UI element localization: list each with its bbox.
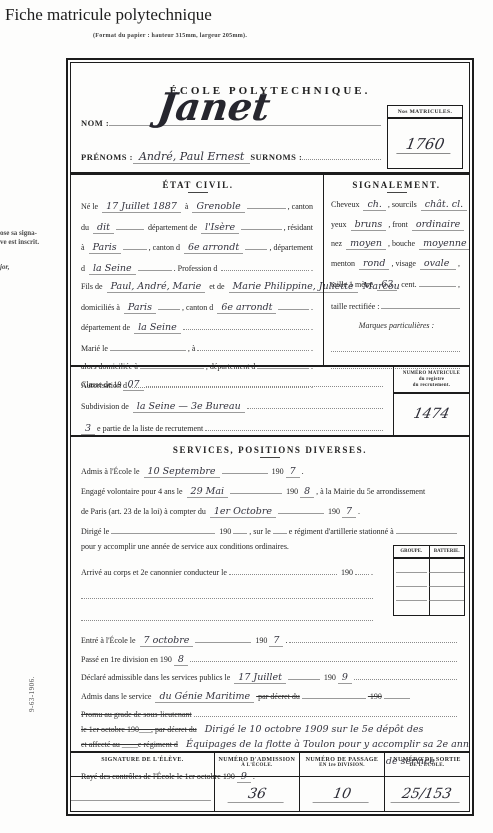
handwritten-text: rond bbox=[359, 258, 389, 270]
empty-cell bbox=[396, 559, 427, 573]
printed-text: Né le bbox=[81, 202, 100, 211]
printed-text: à bbox=[81, 243, 87, 252]
matricules-box: Nos MATRICULES. 1760 bbox=[387, 105, 463, 169]
handwritten-text: Paris bbox=[124, 302, 156, 314]
handwritten-text: 63 bbox=[377, 279, 397, 291]
printed-text: . bbox=[358, 507, 360, 516]
handwritten-text: moyen bbox=[346, 238, 386, 250]
blank-rule bbox=[331, 342, 460, 352]
empty-cell bbox=[396, 573, 427, 587]
printer-reference-vertical: 9-63-1906. bbox=[28, 676, 36, 712]
blank-rule bbox=[110, 341, 186, 351]
form-card: ÉCOLE POLYTECHNIQUE. NOM : Janet PRÉNOMS… bbox=[66, 58, 474, 816]
handwritten-text: 17 Juillet bbox=[234, 672, 286, 684]
printed-text: e régiment d'artillerie stationné à bbox=[289, 527, 394, 536]
form-line: Classe de 1907 bbox=[81, 377, 385, 391]
blank-rule bbox=[230, 484, 282, 494]
handwritten-text: ordinaire bbox=[412, 219, 464, 231]
handwritten-text: la Seine — 3e Bureau bbox=[133, 401, 245, 413]
printed-text: 190 bbox=[339, 568, 353, 577]
blank-rule bbox=[289, 633, 457, 643]
printed-text: 190 bbox=[270, 467, 284, 476]
handwritten-text: Dirigé le 10 octobre 1909 sur le 5e dépô… bbox=[199, 724, 424, 735]
passage-number: 10 bbox=[312, 786, 371, 803]
nom-handwritten-value: Janet bbox=[155, 84, 273, 129]
prenoms-handwritten-value: André, Paul Ernest bbox=[133, 150, 250, 164]
handwritten-text: 07 bbox=[123, 379, 143, 391]
surnoms-blank-line bbox=[302, 149, 381, 160]
groupe-batterie-header: GROUPE. BATTERIE. bbox=[394, 546, 464, 559]
printed-text: Admis à l'École le bbox=[81, 467, 142, 476]
printed-text: taille 1 mètre bbox=[331, 280, 375, 289]
form-line: Né le 17 Juillet 1887 à Grenoble, canton bbox=[81, 199, 315, 213]
empty-cell bbox=[429, 559, 465, 573]
printed-text: . bbox=[311, 303, 313, 312]
form-line: de service bbox=[81, 755, 459, 767]
etat-civil-title: ÉTAT CIVIL. bbox=[81, 180, 315, 190]
printed-text: d bbox=[81, 264, 87, 273]
printed-text: et de bbox=[207, 282, 226, 291]
printed-text: 190 bbox=[322, 673, 336, 682]
blank-rule bbox=[419, 277, 456, 287]
form-line bbox=[331, 342, 462, 352]
groupe-batterie-table: GROUPE. BATTERIE. bbox=[393, 545, 465, 616]
printed-text: taille rectifiée : bbox=[331, 302, 379, 311]
blank-rule bbox=[81, 611, 373, 621]
form-line: 3e partie de la liste de recrutement bbox=[81, 421, 385, 435]
matricules-value: 1760 bbox=[388, 135, 462, 154]
printed-text: , à bbox=[188, 344, 196, 353]
form-line: nez moyen, bouche moyenne bbox=[331, 238, 462, 250]
handwritten-text: 1er Octobre bbox=[210, 506, 276, 518]
handwritten-text: 9 bbox=[338, 672, 352, 684]
blank-rule bbox=[123, 240, 147, 250]
printed-text: Entré à l'École le bbox=[81, 636, 138, 645]
printed-text: . bbox=[311, 264, 313, 273]
prenoms-label: PRÉNOMS : bbox=[81, 152, 133, 162]
handwritten-text: dit bbox=[93, 222, 114, 234]
handwritten-text: 7 bbox=[342, 506, 356, 518]
table-row bbox=[394, 559, 464, 573]
printed-text: . Profession d bbox=[174, 264, 220, 273]
recruitment-box-label: NUMÉRO MATRICULE du registre du recrutem… bbox=[394, 367, 469, 394]
printed-text: Fils de bbox=[81, 282, 105, 291]
classe-lines: Classe de 1907 Subdivision de la Seine —… bbox=[71, 367, 393, 435]
signalement-column: SIGNALEMENT. Cheveux ch., sourcils chât.… bbox=[323, 175, 469, 365]
title-dash bbox=[260, 457, 280, 458]
printed-text: à bbox=[183, 202, 191, 211]
form-line: département de la Seine. bbox=[81, 320, 315, 334]
table-row bbox=[394, 573, 464, 587]
services-lines: Admis à l'École le 10 Septembre 1907. En… bbox=[81, 464, 459, 551]
margin-note-clipped-2: jor, bbox=[0, 263, 56, 272]
spacer bbox=[437, 755, 457, 764]
sortie-number: 25/153 bbox=[391, 786, 463, 803]
form-line: Admis dans le service du Génie Maritime … bbox=[81, 689, 459, 703]
printed-text: . bbox=[253, 772, 255, 781]
handwritten-text: 9 bbox=[237, 771, 251, 783]
form-line: taille 1 mètre 63 cent., bbox=[331, 277, 462, 291]
handwritten-text: 29 Mai bbox=[187, 486, 229, 498]
printed-text: , sur le bbox=[249, 527, 271, 536]
form-line bbox=[81, 611, 375, 621]
printed-text: , canton d bbox=[182, 303, 215, 312]
form-line: Passé en 1re division en 1908 bbox=[81, 652, 459, 666]
empty-cell bbox=[429, 587, 465, 601]
handwritten-text: 8 bbox=[300, 486, 314, 498]
services-title: SERVICES, POSITIONS DIVERSES. bbox=[81, 445, 459, 455]
handwritten-text: Grenoble bbox=[192, 201, 244, 213]
marques-particulieres-label: Marques particulières : bbox=[331, 321, 462, 330]
handwritten-text: 7 bbox=[286, 466, 300, 478]
margin-note-line1: ose sa signa- bbox=[0, 229, 56, 238]
handwritten-text: ch. bbox=[363, 199, 385, 211]
form-line: Fils de Paul, André, Marie et de Marie P… bbox=[81, 281, 315, 293]
blank-rule bbox=[247, 399, 383, 409]
blank-rule bbox=[205, 421, 383, 431]
printed-text: Passé en 1re division en 190 bbox=[81, 655, 172, 664]
printed-text: Subdivision de bbox=[81, 402, 131, 411]
form-line: Engagé volontaire pour 4 ans le 29 Mai 1… bbox=[81, 484, 459, 498]
blank-rule bbox=[233, 524, 247, 534]
form-line: taille rectifiée : bbox=[331, 299, 462, 311]
struck-printed-text: et affecté au ____e régiment d bbox=[81, 740, 178, 749]
prenoms-row: PRÉNOMS : André, Paul Ernest SURNOMS : bbox=[81, 149, 381, 164]
printed-text: du bbox=[81, 223, 91, 232]
signature-blank bbox=[71, 788, 213, 801]
printed-text: , bbox=[458, 280, 460, 289]
blank-rule bbox=[381, 299, 460, 309]
handwritten-text: ovale bbox=[420, 258, 456, 270]
blank-rule bbox=[138, 261, 172, 271]
printed-text: . bbox=[285, 636, 287, 645]
nom-rule-line: Janet bbox=[109, 115, 381, 126]
printed-text: . bbox=[371, 568, 373, 577]
blank-rule bbox=[190, 652, 457, 662]
printed-text: 190 bbox=[284, 487, 298, 496]
blank-rule bbox=[396, 524, 457, 534]
title-dash bbox=[387, 192, 407, 193]
services-section: SERVICES, POSITIONS DIVERSES. Admis à l'… bbox=[71, 437, 469, 751]
form-line: Cheveux ch., sourcils chât. cl. bbox=[331, 199, 462, 211]
blank-rule bbox=[278, 300, 309, 310]
handwritten-text: bruns bbox=[351, 219, 387, 231]
printed-text: Arrivé au corps et 2e canonnier conducte… bbox=[81, 568, 227, 577]
struck-printed-text: par décret du bbox=[256, 692, 300, 701]
form-line: Marié le, à. bbox=[81, 341, 315, 353]
classe-section: Classe de 1907 Subdivision de la Seine —… bbox=[71, 367, 469, 437]
form-line: et affecté au ____e régiment d Équipages… bbox=[81, 739, 459, 750]
form-line: Dirigé le 190, sur lee régiment d'artill… bbox=[81, 524, 459, 536]
table-row bbox=[394, 587, 464, 601]
printed-text: . bbox=[311, 323, 313, 332]
printed-text: cent. bbox=[399, 280, 416, 289]
handwritten-text: chât. cl. bbox=[421, 199, 467, 211]
handwritten-text: 10 Septembre bbox=[144, 466, 220, 478]
form-line: de Paris (art. 23 de la loi) à compter d… bbox=[81, 504, 459, 518]
form-line: Rayé des contrôles de l'École le 1er oct… bbox=[81, 771, 459, 783]
form-line: Déclaré admissible dans les services pub… bbox=[81, 670, 459, 684]
form-card-inner: ÉCOLE POLYTECHNIQUE. NOM : Janet PRÉNOMS… bbox=[70, 62, 470, 812]
signalement-title: SIGNALEMENT. bbox=[331, 180, 462, 190]
ecole-entry-lines: Entré à l'École le 7 octobre 1907. Passé… bbox=[81, 633, 459, 783]
struck-printed-text: 190 bbox=[368, 692, 382, 701]
printed-text: département de bbox=[81, 323, 132, 332]
printed-text: Rayé des contrôles de l'École le 1er oct… bbox=[81, 772, 235, 781]
printed-text: pour y accomplir une année de service au… bbox=[81, 542, 289, 551]
empty-cell bbox=[396, 587, 427, 601]
handwritten-text: 3 bbox=[81, 423, 95, 435]
admission-number: 36 bbox=[227, 786, 286, 803]
handwritten-text: moyenne bbox=[419, 238, 470, 250]
blank-rule bbox=[111, 524, 215, 534]
form-line: Entré à l'École le 7 octobre 1907. bbox=[81, 633, 459, 647]
handwritten-text: 8 bbox=[174, 654, 188, 666]
header-section: ÉCOLE POLYTECHNIQUE. NOM : Janet PRÉNOMS… bbox=[71, 63, 469, 175]
empty-cell bbox=[429, 573, 465, 587]
printed-text: département de bbox=[146, 223, 199, 232]
handwritten-text: 17 Juillet 1887 bbox=[102, 201, 181, 213]
printed-text: , visage bbox=[391, 259, 417, 268]
blank-rule bbox=[278, 504, 324, 514]
blank-rule bbox=[229, 565, 337, 575]
blank-rule bbox=[288, 670, 320, 680]
empty-cell bbox=[429, 601, 465, 615]
form-line: yeux bruns, front ordinaire bbox=[331, 219, 462, 231]
blank-rule bbox=[241, 220, 282, 230]
blank-rule bbox=[195, 633, 251, 643]
printed-text: 190 bbox=[326, 507, 340, 516]
form-line: Admis à l'École le 10 Septembre 1907. bbox=[81, 464, 459, 478]
form-line: du dit département de l'Isère, résidant bbox=[81, 220, 315, 234]
scanned-fiche-page: Fiche matricule polytechnique (Format du… bbox=[0, 0, 493, 833]
handwritten-text: 7 bbox=[269, 635, 283, 647]
blank-rule bbox=[194, 707, 457, 717]
blank-rule bbox=[302, 689, 366, 699]
blank-rule bbox=[183, 320, 309, 330]
printed-text: Engagé volontaire pour 4 ans le bbox=[81, 487, 185, 496]
nom-row: NOM : Janet bbox=[81, 115, 381, 128]
form-line: Arrivé au corps et 2e canonnier conducte… bbox=[81, 565, 375, 577]
recruitment-matricule-box: NUMÉRO MATRICULE du registre du recrutem… bbox=[393, 367, 469, 435]
printed-text: menton bbox=[331, 259, 357, 268]
printed-text: , canton bbox=[288, 202, 313, 211]
form-line: d la Seine. Profession d . bbox=[81, 261, 315, 275]
blank-rule bbox=[354, 670, 457, 680]
recruitment-matricule-value: 1474 bbox=[392, 406, 470, 422]
printed-text: domiciliés à bbox=[81, 303, 122, 312]
form-line: Promu au grade de sous-lieutenant bbox=[81, 707, 459, 719]
printed-text: , canton d bbox=[149, 243, 182, 252]
margin-note-line2: ve est inscrit. bbox=[0, 238, 56, 247]
printed-text: , à la Mairie du 5e arrondissement bbox=[316, 487, 425, 496]
table-row bbox=[394, 601, 464, 615]
surnoms-label: SURNOMS : bbox=[250, 152, 302, 162]
handwritten-text: Paul, André, Marie bbox=[107, 281, 206, 293]
nom-label: NOM : bbox=[81, 118, 109, 128]
handwritten-text: Paris bbox=[89, 242, 121, 254]
handwritten-text: la Seine bbox=[134, 322, 181, 334]
printed-text: , sourcils bbox=[388, 200, 419, 209]
matricules-box-label: Nos MATRICULES. bbox=[388, 106, 462, 119]
printed-text: yeux bbox=[331, 220, 349, 229]
title-dash bbox=[188, 192, 208, 193]
etat-civil-column: ÉTAT CIVIL. Né le 17 Juillet 1887 à Gren… bbox=[71, 175, 323, 365]
blank-rule bbox=[247, 199, 286, 209]
printed-text: 190 bbox=[217, 527, 231, 536]
printed-text: e partie de la liste de recrutement bbox=[97, 424, 203, 433]
blank-rule bbox=[197, 341, 309, 351]
empty-cell bbox=[396, 601, 427, 615]
form-line: le 1er octobre 190___, par décret du Dir… bbox=[81, 724, 459, 735]
printed-text: . bbox=[311, 344, 313, 353]
handwritten-text: de service bbox=[386, 756, 435, 767]
printed-text: Déclaré admissible dans les services pub… bbox=[81, 673, 232, 682]
printed-text: Admis dans le service bbox=[81, 692, 153, 701]
printed-text: de Paris (art. 23 de la loi) à compter d… bbox=[81, 507, 208, 516]
handwritten-text: 7 octobre bbox=[140, 635, 194, 647]
printed-text: , résidant bbox=[284, 223, 313, 232]
printed-text: nez bbox=[331, 239, 344, 248]
blank-rule bbox=[273, 524, 287, 534]
printed-text: , bouche bbox=[388, 239, 417, 248]
blank-rule bbox=[222, 464, 268, 474]
blank-rule bbox=[355, 565, 369, 575]
handwritten-text: la Seine bbox=[89, 263, 136, 275]
printed-text: , front bbox=[388, 220, 410, 229]
spacer bbox=[81, 755, 384, 764]
blank-rule bbox=[221, 261, 309, 271]
handwritten-text: 6e arrondt bbox=[184, 242, 243, 254]
printed-text: Marié le bbox=[81, 344, 108, 353]
page-title: Fiche matricule polytechnique bbox=[5, 5, 212, 25]
paper-format-note: (Format du papier : hauteur 315mm, large… bbox=[93, 33, 247, 39]
blank-rule bbox=[81, 589, 373, 599]
blank-rule bbox=[158, 300, 180, 310]
struck-printed-text: Promu au grade de sous-lieutenant bbox=[81, 710, 192, 719]
struck-printed-text: le 1er octobre 190___, par décret du bbox=[81, 725, 197, 734]
handwritten-text: du Génie Maritime bbox=[155, 691, 254, 703]
blank-rule bbox=[384, 689, 410, 699]
printed-text: 190 bbox=[253, 636, 267, 645]
printed-text: . bbox=[302, 467, 304, 476]
batterie-header: BATTERIE. bbox=[429, 546, 465, 557]
groupe-header: GROUPE. bbox=[394, 546, 429, 557]
printed-text: Classe de 19 bbox=[81, 380, 121, 389]
form-line: Subdivision de la Seine — 3e Bureau bbox=[81, 399, 385, 413]
form-line: à Paris, canton d 6e arrondt, départemen… bbox=[81, 240, 315, 254]
printed-text: , département bbox=[269, 243, 313, 252]
handwritten-text: l'Isère bbox=[201, 222, 239, 234]
handwritten-text: Équipages de la flotte à Toulon pour y a… bbox=[180, 739, 470, 750]
blank-rule bbox=[146, 377, 383, 387]
form-line: menton rond, visage ovale, bbox=[331, 258, 462, 270]
form-line bbox=[81, 589, 375, 599]
form-line: domiciliés à Paris, canton d 6e arrondt. bbox=[81, 300, 315, 314]
blank-rule bbox=[245, 240, 267, 250]
blank-rule bbox=[116, 220, 144, 230]
handwritten-text: 6e arrondt bbox=[217, 302, 276, 314]
printed-text: , bbox=[458, 259, 460, 268]
civil-signalement-section: ÉTAT CIVIL. Né le 17 Juillet 1887 à Gren… bbox=[71, 175, 469, 367]
margin-note-clipped: ose sa signa- ve est inscrit. bbox=[0, 229, 56, 247]
printed-text: Cheveux bbox=[331, 200, 361, 209]
printed-text: Dirigé le bbox=[81, 527, 109, 536]
